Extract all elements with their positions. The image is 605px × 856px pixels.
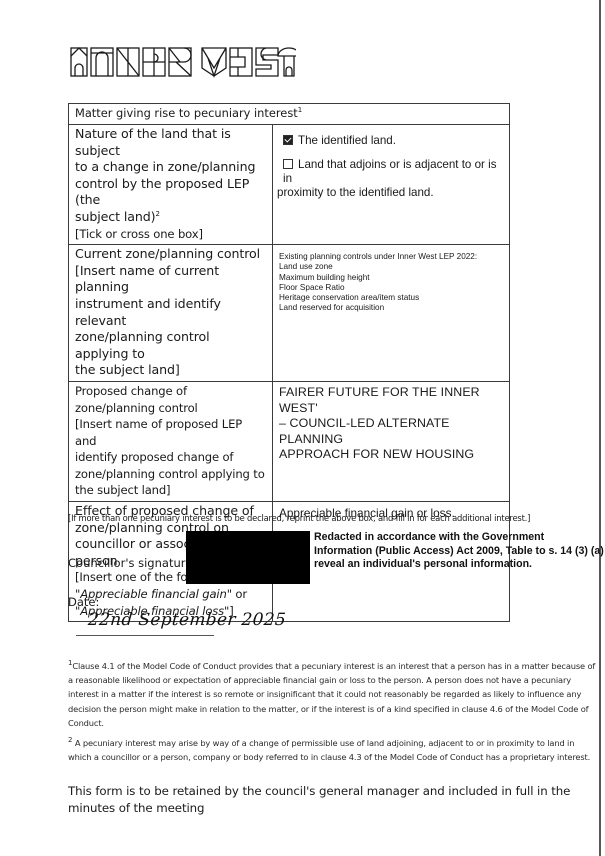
inner-west-logo	[70, 46, 296, 78]
handwritten-date: 22nd September 2025	[87, 610, 286, 630]
additional-interest-note: [If more than one pecuniary interest is …	[68, 511, 538, 525]
table-row: Current zone/planning control [Insert na…	[69, 245, 510, 382]
page-edge	[599, 0, 601, 856]
signature-redaction-box	[186, 531, 310, 584]
row-label-land-nature: Nature of the land that is subject to a …	[69, 125, 273, 245]
date-label: Date:	[68, 595, 99, 609]
redaction-note: Redacted in accordance with the Governme…	[314, 531, 604, 572]
table-row: Nature of the land that is subject to a …	[69, 125, 510, 245]
row-label-current-control: Current zone/planning control [Insert na…	[69, 245, 273, 382]
row-instruction: [Tick or cross one box]	[75, 226, 266, 243]
date-underline	[76, 635, 214, 636]
current-control-value: Existing planning controls under Inner W…	[273, 245, 510, 382]
table-row: Proposed change of zone/planning control…	[69, 381, 510, 501]
closing-statement: This form is to be retained by the counc…	[68, 783, 598, 817]
option-identified-land[interactable]: The identified land.	[283, 134, 503, 148]
signature-label: Councillor's signature	[68, 556, 192, 570]
checkbox-checked-icon[interactable]	[283, 135, 293, 145]
table-header-row: Matter giving rise to pecuniary interest…	[69, 104, 510, 125]
footnote-1: 1Clause 4.1 of the Model Code of Conduct…	[68, 659, 598, 730]
row-label-proposed-change: Proposed change of zone/planning control…	[69, 381, 273, 501]
table-header: Matter giving rise to pecuniary interest…	[69, 104, 510, 125]
footnote-ref: 2	[155, 210, 159, 218]
footnote-2: 2 A pecuniary interest may arise by way …	[68, 736, 598, 764]
option-adjoining-land[interactable]: Land that adjoins or is adjacent to or i…	[283, 158, 503, 186]
checkbox-empty-icon[interactable]	[283, 159, 293, 169]
footnote-ref: 1	[298, 106, 302, 114]
land-options: The identified land. Land that adjoins o…	[273, 125, 510, 245]
proposed-change-value: FAIRER FUTURE FOR THE INNER WEST' – COUN…	[273, 381, 510, 501]
